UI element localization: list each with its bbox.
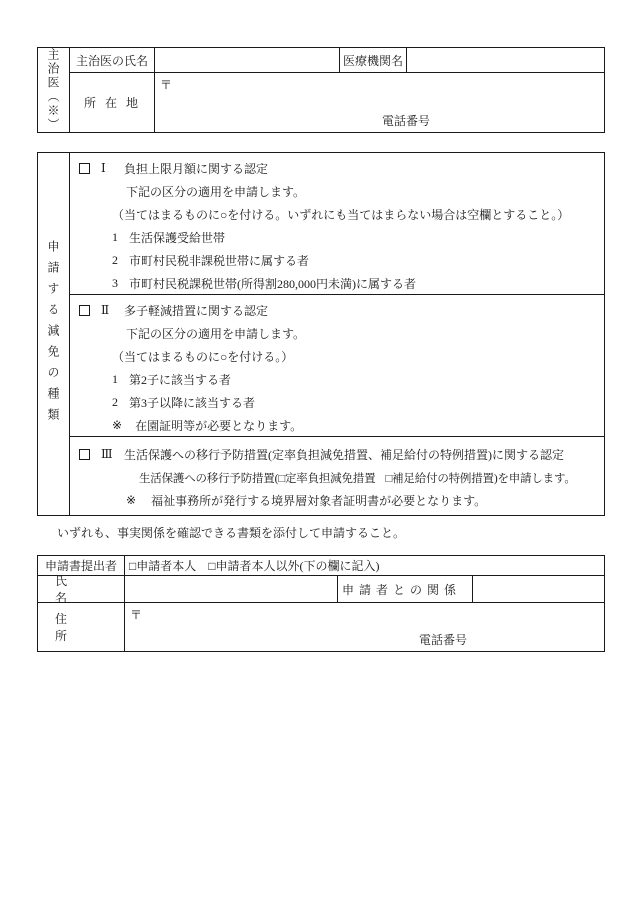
relation-label: 申請者との関係: [342, 581, 461, 598]
physician-address-label: 所在地: [84, 94, 147, 111]
item-number: 2: [112, 253, 121, 268]
item-text: 第2子に該当する者: [129, 371, 231, 388]
option-applicant-self[interactable]: □申請者本人: [129, 557, 196, 574]
section-1-title-line: Ⅰ 負担上限月額に関する認定: [70, 157, 604, 180]
section-1-subtitle-text: 下記の区分の適用を申請します。: [126, 183, 305, 200]
section-1-instruction: （当てはまるものに○を付ける。いずれにも当てはまらない場合は空欄とすること。）: [70, 203, 604, 226]
submitter-name-label-cell: 氏名: [38, 576, 125, 602]
item-text: 第3子以降に該当する者: [129, 394, 255, 411]
section-3-title-line: Ⅲ 生活保護への移行予防措置(定率負担減免措置、補足給付の特例措置)に関する認定: [70, 443, 604, 466]
item-number: 1: [112, 372, 121, 387]
physician-name-input[interactable]: [155, 48, 340, 72]
apply-option-supplement[interactable]: □補足給付の特例措置: [385, 470, 493, 486]
item-text: 市町村民税非課税世帯に属する者: [129, 252, 309, 269]
exemption-section-2: Ⅱ 多子軽減措置に関する認定 下記の区分の適用を申請します。 （当てはまるものに…: [70, 295, 604, 437]
note-text: 福祉事務所が発行する境界層対象者証明書が必要となります。: [151, 492, 486, 509]
section-2-instruction-text: （当てはまるものに○を付ける。）: [112, 348, 293, 365]
section-2-title-line: Ⅱ 多子軽減措置に関する認定: [70, 299, 604, 322]
section-1-numeral: Ⅰ: [101, 161, 124, 176]
physician-address-input[interactable]: 〒 電話番号: [155, 73, 604, 132]
physician-address-label-cell: 所在地: [70, 73, 155, 132]
section-1-item-2: 2 市町村民税非課税世帯に属する者: [70, 249, 604, 272]
section-2-note: ※ 在園証明等が必要となります。: [70, 414, 604, 437]
relation-label-cell: 申請者との関係: [338, 576, 473, 602]
item-number: 2: [112, 395, 121, 410]
postal-mark: 〒: [160, 76, 172, 93]
physician-side-label: 主治医（※）: [45, 48, 62, 132]
exemption-table: 申請する減免の種類 Ⅰ 負担上限月額に関する認定 下記の区分の適用を申請します。…: [37, 152, 605, 516]
submitter-label-cell: 申請書提出者: [38, 556, 125, 575]
submitter-table: 申請書提出者 □申請者本人 □申請者本人以外(下の欄に記入) 氏名 申請者との関…: [37, 555, 605, 652]
submitter-name-label: 氏名: [55, 576, 124, 602]
section-3-numeral: Ⅲ: [101, 447, 124, 462]
physician-address-row: 所在地 〒 電話番号: [70, 73, 604, 132]
physician-name-row: 主治医の氏名 医療機関名: [70, 48, 604, 73]
section-3-checkbox[interactable]: [79, 449, 90, 460]
note-mark: ※: [126, 493, 136, 508]
section-2-subtitle-text: 下記の区分の適用を申請します。: [126, 325, 305, 342]
attachment-note: いずれも、事実関係を確認できる書類を添付して申請すること。: [57, 524, 405, 541]
submitter-row: 申請書提出者 □申請者本人 □申請者本人以外(下の欄に記入): [38, 556, 604, 576]
section-1-title: 負担上限月額に関する認定: [124, 160, 268, 177]
section-3-title: 生活保護への移行予防措置(定率負担減免措置、補足給付の特例措置)に関する認定: [124, 446, 564, 463]
submitter-label: 申請書提出者: [45, 557, 117, 574]
submitter-name-row: 氏名 申請者との関係: [38, 576, 604, 603]
section-2-numeral: Ⅱ: [101, 303, 124, 318]
institution-label: 医療機関名: [343, 52, 403, 69]
exemption-side-label-cell: 申請する減免の種類: [38, 153, 70, 515]
section-1-instruction-text: （当てはまるものに○を付ける。いずれにも当てはまらない場合は空欄とすること。）: [112, 206, 569, 223]
item-text: 市町村民税課税世帯(所得割280,000円未満)に属する者: [129, 275, 416, 292]
submitter-options-cell: □申請者本人 □申請者本人以外(下の欄に記入): [125, 556, 604, 575]
institution-label-cell: 医療機関名: [340, 48, 407, 72]
submitter-name-input[interactable]: [125, 576, 338, 602]
section-3-note: ※ 福祉事務所が発行する境界層対象者証明書が必要となります。: [70, 489, 604, 512]
section-1-checkbox[interactable]: [79, 163, 90, 174]
apply-suffix: )を申請します。: [494, 470, 576, 486]
section-2-item-1: 1 第2子に該当する者: [70, 368, 604, 391]
physician-phone-label: 電話番号: [382, 112, 430, 129]
submitter-address-label: 住所: [55, 610, 124, 644]
section-2-title: 多子軽減措置に関する認定: [124, 302, 268, 319]
apply-prefix: 生活保護への移行予防措置(: [139, 470, 278, 486]
item-number: 3: [112, 276, 121, 291]
section-1-item-3: 3 市町村民税課税世帯(所得割280,000円未満)に属する者: [70, 272, 604, 295]
physician-name-label-cell: 主治医の氏名: [70, 48, 155, 72]
option-applicant-other[interactable]: □申請者本人以外(下の欄に記入): [208, 557, 379, 574]
physician-name-label: 主治医の氏名: [76, 52, 148, 69]
item-number: 1: [112, 230, 121, 245]
submitter-address-label-cell: 住所: [38, 603, 125, 651]
section-2-instruction: （当てはまるものに○を付ける。）: [70, 345, 604, 368]
exemption-side-label: 申請する減免の種類: [45, 240, 62, 429]
postal-mark: 〒: [130, 606, 142, 623]
section-1-subtitle: 下記の区分の適用を申請します。: [70, 180, 604, 203]
apply-option-rate-reduction[interactable]: □定率負担減免措置: [278, 470, 375, 486]
section-2-item-2: 2 第3子以降に該当する者: [70, 391, 604, 414]
section-2-subtitle: 下記の区分の適用を申請します。: [70, 322, 604, 345]
submitter-address-input[interactable]: 〒 電話番号: [125, 603, 604, 651]
submitter-phone-label: 電話番号: [419, 631, 467, 648]
section-2-checkbox[interactable]: [79, 305, 90, 316]
section-1-item-1: 1 生活保護受給世帯: [70, 226, 604, 249]
physician-side-label-cell: 主治医（※）: [38, 48, 70, 132]
submitter-address-row: 住所 〒 電話番号: [38, 603, 604, 651]
physician-table: 主治医（※） 主治医の氏名 医療機関名 所在地 〒 電話番号: [37, 47, 605, 133]
exemption-section-3: Ⅲ 生活保護への移行予防措置(定率負担減免措置、補足給付の特例措置)に関する認定…: [70, 437, 604, 515]
section-3-apply-line: 生活保護への移行予防措置( □定率負担減免措置 □補足給付の特例措置 )を申請し…: [70, 466, 604, 489]
item-text: 生活保護受給世帯: [129, 229, 225, 246]
relation-input[interactable]: [473, 576, 604, 602]
institution-input[interactable]: [407, 48, 604, 72]
note-mark: ※: [112, 418, 122, 433]
note-text: 在園証明等が必要となります。: [135, 417, 302, 434]
exemption-section-1: Ⅰ 負担上限月額に関する認定 下記の区分の適用を申請します。 （当てはまるものに…: [70, 153, 604, 295]
